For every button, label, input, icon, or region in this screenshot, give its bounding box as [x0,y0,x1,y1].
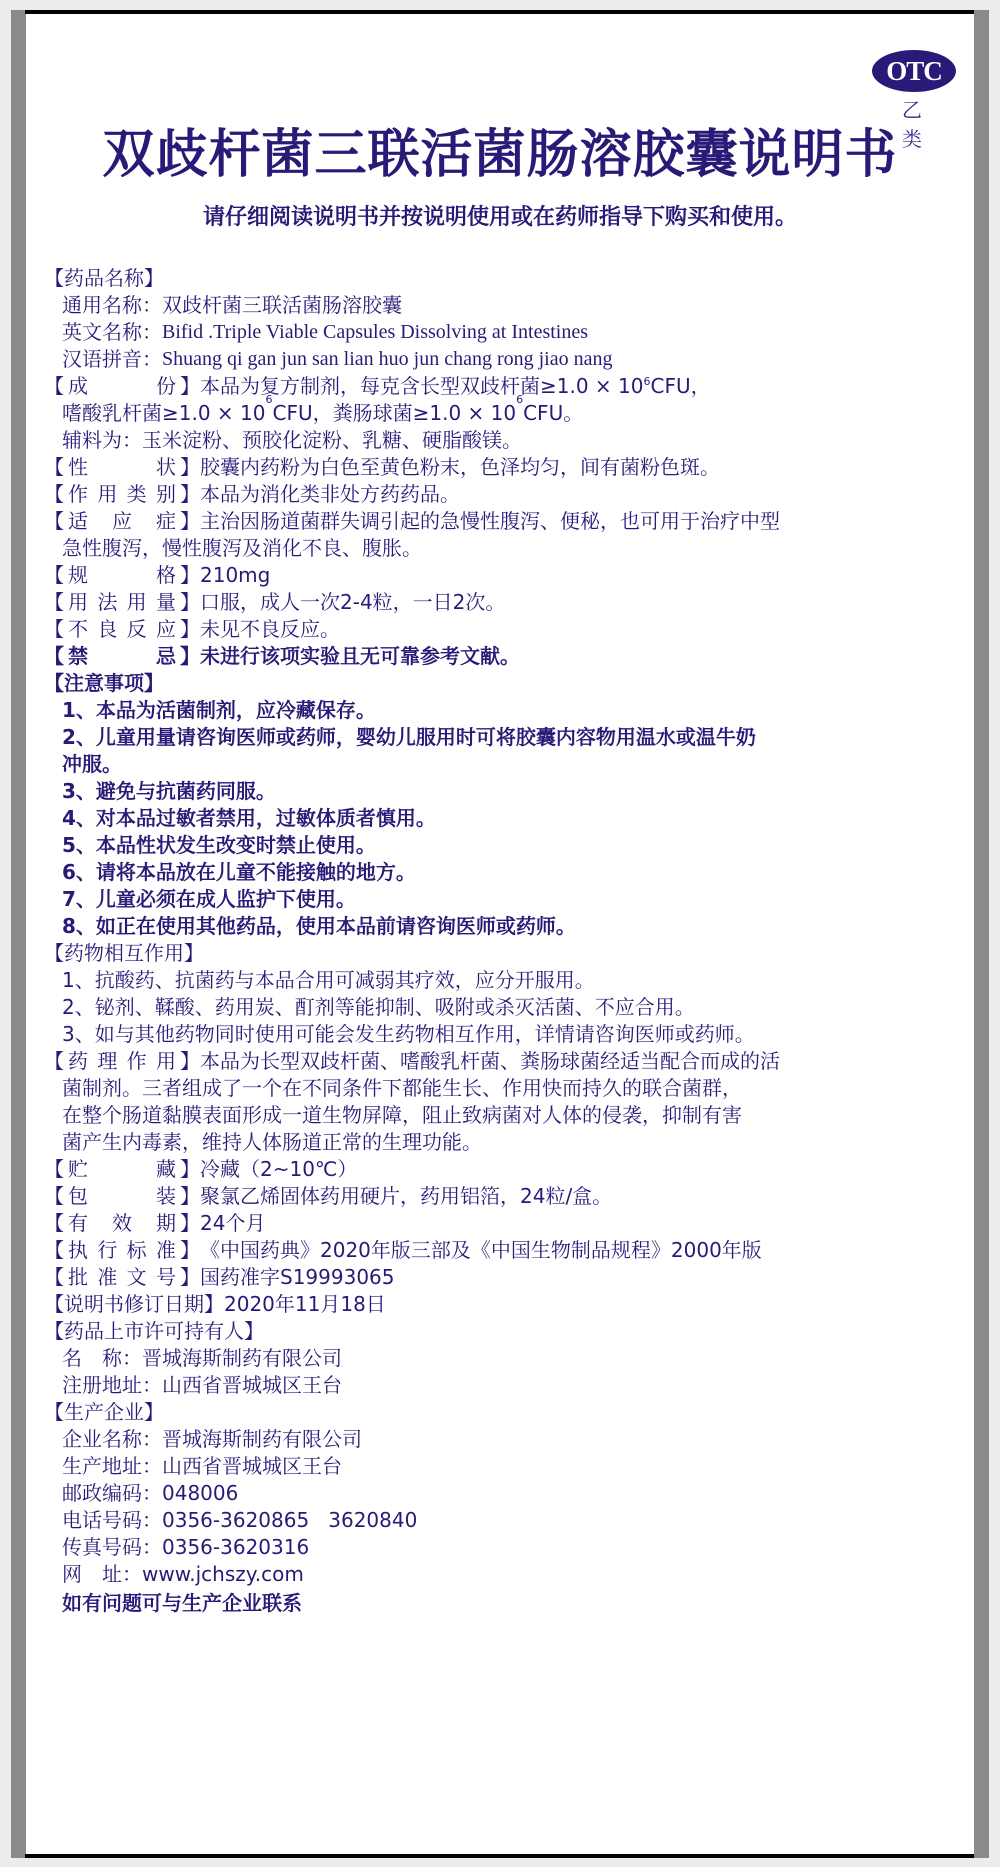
section-label: 【作用类别】 [44,481,200,508]
field-value: 山西省晋城城区王台 [162,1372,342,1399]
precaution-item: 7、儿童必须在成人监护下使用。 [44,886,974,913]
field-value: 048006 [162,1480,238,1507]
precaution-item: 2、儿童用量请咨询医师或药师，婴幼儿服用时可将胶囊内容物用温水或温牛奶 [44,724,974,751]
section-text: 2020年11月18日 [224,1291,386,1318]
interaction-item: 2、铋剂、鞣酸、药用炭、酊剂等能抑制、吸附或杀灭活菌、不应合用。 [44,994,974,1021]
bracket-open: 【 [44,265,64,292]
phone-row: 电话号码：0356-3620865 3620840 [44,1507,974,1534]
precaution-item-continued: 冲服。 [44,751,974,778]
field-value: Shuang qi gan jun san lian huo jun chang… [162,346,612,373]
section-text: 《中国药典》2020年版三部及《中国生物制品规程》2000年版 [200,1237,762,1264]
holder-name-row: 名称：晋城海斯制药有限公司 [44,1345,974,1372]
section-label: 【执行标准】 [44,1237,200,1264]
section-label: 【适应症】 [44,508,200,535]
holder-heading: 【药品上市许可持有人】 [44,1318,974,1345]
precaution-item: 5、本品性状发生改变时禁止使用。 [44,832,974,859]
section-label: 说明书修订日期 [64,1291,204,1318]
bracket-close: 】 [144,265,164,292]
pharmacology-line: 菌产生内毒素，维持人体肠道正常的生理功能。 [44,1129,974,1156]
section-label: 生产企业 [64,1399,144,1426]
section-label: 【包装】 [44,1183,200,1210]
precaution-item: 3、避免与抗菌药同服。 [44,778,974,805]
frame-top-rule [25,10,974,14]
phone-value: 0356-3620865 3620840 [162,1507,417,1534]
spec-row: 【规格】 210mg [44,562,974,589]
section-label: 【批准文号】 [44,1264,200,1291]
generic-name-row: 通用名称：双歧杆菌三联活菌肠溶胶囊 [44,292,974,319]
field-key: 英文名称： [62,319,162,346]
manufacturer-address-row: 生产地址：山西省晋城城区王台 [44,1453,974,1480]
field-key: 电话号码： [62,1507,162,1534]
package-row: 【包装】 聚氯乙烯固体药用硬片，药用铝箔，24粒/盒。 [44,1183,974,1210]
otc-logo-icon: OTC [872,50,956,92]
section-label: 【禁忌】 [44,643,200,670]
precaution-item: 8、如正在使用其他药品，使用本品前请咨询医师或药师。 [44,913,974,940]
document-title: 双歧杆菌三联活菌肠溶胶囊说明书 [0,125,1000,185]
section-label: 注意事项 [64,670,144,697]
field-key: 通用名称： [62,292,162,319]
holder-address-row: 注册地址：山西省晋城城区王台 [44,1372,974,1399]
zip-row: 邮政编码：048006 [44,1480,974,1507]
indications-row-2: 急性腹泻，慢性腹泻及消化不良、腹胀。 [44,535,974,562]
section-label: 【性状】 [44,454,200,481]
dosage-row: 【用法用量】 口服，成人一次2-4粒，一日2次。 [44,589,974,616]
precautions-heading: 【注意事项】 [44,670,974,697]
manufacturer-name-row: 企业名称：晋城海斯制药有限公司 [44,1426,974,1453]
pharmacology-line: 菌制剂。三者组成了一个在不同条件下都能生长、作用快而持久的联合菌群， [44,1075,974,1102]
section-text: 本品为消化类非处方药药品。 [200,481,460,508]
interaction-item: 3、如与其他药物同时使用可能会发生药物相互作用，详情请咨询医师或药师。 [44,1021,974,1048]
field-key: 网址： [62,1561,142,1588]
pharmacology-row: 【药理作用】 本品为长型双歧杆菌、嗜酸乳杆菌、粪肠球菌经适当配合而成的活 [44,1048,974,1075]
section-text: 210mg [200,562,270,589]
frame-right-bar [974,10,989,1858]
section-text: 本品为长型双歧杆菌、嗜酸乳杆菌、粪肠球菌经适当配合而成的活 [200,1048,780,1075]
composition-text: 本品为复方制剂，每克含长型双歧杆菌≥1.0 × 106CFU， [200,373,711,400]
field-key: 注册地址： [62,1372,162,1399]
section-drug-name-heading: 【药品名称】 [44,265,974,292]
section-label: 【有效期】 [44,1210,200,1237]
otc-badge: OTC 乙类 [872,50,956,93]
section-label: 【贮藏】 [44,1156,200,1183]
otc-text: OTC [886,56,942,87]
contraindications-row: 【禁忌】 未进行该项实验且无可靠参考文献。 [44,643,974,670]
field-key: 名称： [62,1345,142,1372]
field-value: Bifid .Triple Viable Capsules Dissolving… [162,319,588,346]
interaction-item: 1、抗酸药、抗菌药与本品合用可减弱其疗效，应分开服用。 [44,967,974,994]
composition-row: 【成份】 本品为复方制剂，每克含长型双歧杆菌≥1.0 × 106CFU， [44,373,974,400]
section-label: 药物相互作用 [64,940,184,967]
field-key: 邮政编码： [62,1480,162,1507]
precaution-item: 6、请将本品放在儿童不能接触的地方。 [44,859,974,886]
section-label: 【不良反应】 [44,616,200,643]
storage-row: 【贮藏】 冷藏（2~10℃） [44,1156,974,1183]
approval-row: 【批准文号】 国药准字S19993065 [44,1264,974,1291]
section-text: 24个月 [200,1210,265,1237]
standard-row: 【执行标准】 《中国药典》2020年版三部及《中国生物制品规程》2000年版 [44,1237,974,1264]
fax-row: 传真号码：0356-3620316 [44,1534,974,1561]
field-value: 晋城海斯制药有限公司 [162,1426,362,1453]
document-subtitle: 请仔细阅读说明书并按说明使用或在药师指导下购买和使用。 [0,203,1000,233]
field-value: 双歧杆菌三联活菌肠溶胶囊 [162,292,402,319]
section-text: 主治因肠道菌群失调引起的急慢性腹泻、便秘，也可用于治疗中型 [200,508,780,535]
indications-row: 【适应症】 主治因肠道菌群失调引起的急慢性腹泻、便秘，也可用于治疗中型 [44,508,974,535]
frame-left-bar [11,10,26,1858]
section-text: 胶囊内药粉为白色至黄色粉末，色泽均匀，间有菌粉色斑。 [200,454,720,481]
adverse-row: 【不良反应】 未见不良反应。 [44,616,974,643]
manufacturer-heading: 【生产企业】 [44,1399,974,1426]
field-key: 传真号码： [62,1534,162,1561]
section-text: 未进行该项实验且无可靠参考文献。 [200,643,520,670]
interactions-heading: 【药物相互作用】 [44,940,974,967]
website-row: 网址：www.jchszy.com [44,1561,974,1588]
section-label: 药品名称 [64,265,144,292]
section-label: 【规格】 [44,562,200,589]
validity-row: 【有效期】 24个月 [44,1210,974,1237]
contact-note: 如有问题可与生产企业联系 [44,1590,974,1617]
section-label: 药品上市许可持有人 [64,1318,244,1345]
revision-row: 【说明书修订日期】2020年11月18日 [44,1291,974,1318]
section-text: 国药准字S19993065 [200,1264,395,1291]
section-label: 【成份】 [44,373,200,400]
field-key: 生产地址： [62,1453,162,1480]
precaution-item: 4、对本品过敏者禁用，过敏体质者慎用。 [44,805,974,832]
field-key: 企业名称： [62,1426,162,1453]
category-row: 【作用类别】 本品为消化类非处方药药品。 [44,481,974,508]
composition-row-2: 嗜酸乳杆菌≥1.0 × 106CFU，粪肠球菌≥1.0 × 106CFU。 [44,400,974,427]
website-link[interactable]: www.jchszy.com [142,1561,304,1588]
field-value: 山西省晋城城区王台 [162,1453,342,1480]
excipients-row: 辅料为：玉米淀粉、预胶化淀粉、乳糖、硬脂酸镁。 [44,427,974,454]
fax-value: 0356-3620316 [162,1534,309,1561]
frame-bottom-rule [25,1854,974,1858]
section-text: 聚氯乙烯固体药用硬片，药用铝箔，24粒/盒。 [200,1183,612,1210]
section-text: 冷藏（2~10℃） [200,1156,357,1183]
section-text: 口服，成人一次2-4粒，一日2次。 [200,589,505,616]
field-value: 晋城海斯制药有限公司 [142,1345,342,1372]
appearance-row: 【性状】 胶囊内药粉为白色至黄色粉末，色泽均匀，间有菌粉色斑。 [44,454,974,481]
precaution-item: 1、本品为活菌制剂，应冷藏保存。 [44,697,974,724]
pharmacology-line: 在整个肠道黏膜表面形成一道生物屏障，阻止致病菌对人体的侵袭，抑制有害 [44,1102,974,1129]
section-label: 【用法用量】 [44,589,200,616]
section-text: 未见不良反应。 [200,616,340,643]
leaflet-body: 【药品名称】 通用名称：双歧杆菌三联活菌肠溶胶囊 英文名称：Bifid .Tri… [44,265,974,1617]
english-name-row: 英文名称：Bifid .Triple Viable Capsules Disso… [44,319,974,346]
section-label: 【药理作用】 [44,1048,200,1075]
field-key: 汉语拼音： [62,346,162,373]
pinyin-row: 汉语拼音：Shuang qi gan jun san lian huo jun … [44,346,974,373]
